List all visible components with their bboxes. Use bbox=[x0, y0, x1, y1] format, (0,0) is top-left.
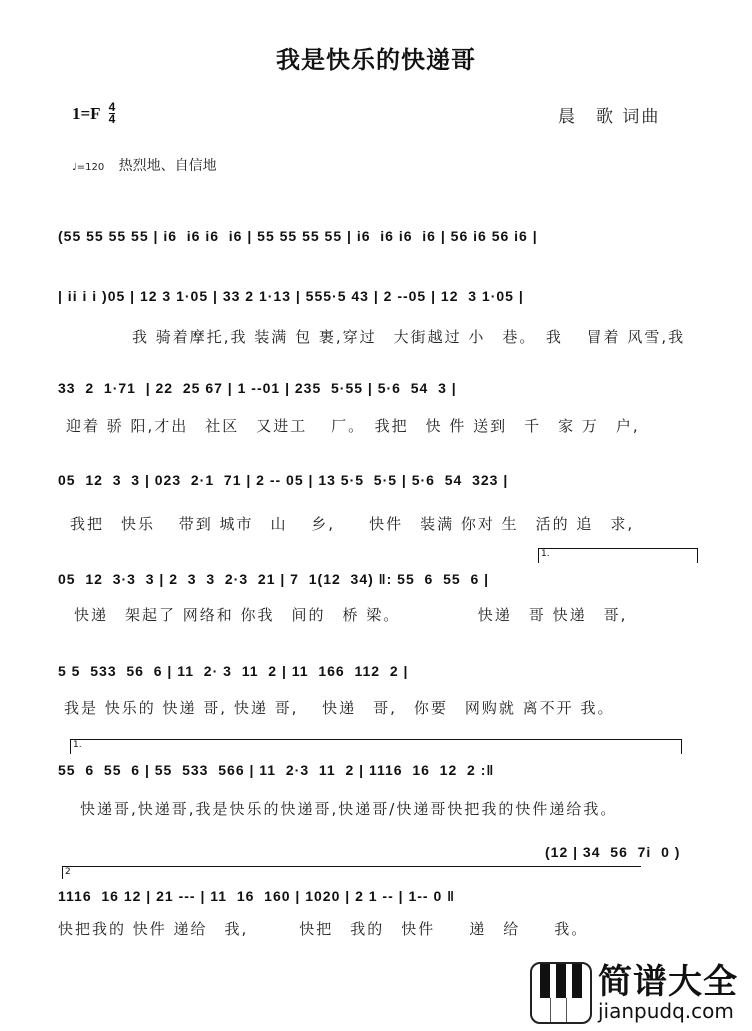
notation-row-7: 55 6 55 6 | 55 533 566 | 11 2·3 11 2 | 1… bbox=[58, 762, 702, 778]
piano-keys-icon bbox=[530, 962, 592, 1024]
notation-row-5: 05 12 3·3 3 | 2 3 3 2·3 21 | 7 1(12 34) … bbox=[58, 571, 702, 587]
lyrics-row-7: 快递哥,快递哥,我是快乐的快递哥,快递哥/快递哥快把我的快件递给我。 bbox=[80, 798, 617, 819]
notation-row-6: 5 5 533 56 6 | 11 2· 3 11 2 | 11 166 112… bbox=[58, 663, 702, 679]
notation-row-3: 33 2 1·71 | 22 25 67 | 1 --01 | 235 5·55… bbox=[58, 380, 702, 396]
time-signature: 4 4 bbox=[109, 102, 116, 125]
lyrics-row-3: 迎着 骄 阳,才出 社区 又进工 厂。 我把 快 件 送到 千 家 万 户, bbox=[66, 415, 640, 436]
tempo-bpm: ♩=120 bbox=[72, 162, 104, 173]
watermark-logo: 简谱大全 jianpudq.com bbox=[530, 962, 738, 1024]
notation-row-1: (55 55 55 55 | i6 i6 i6 i6 | 55 55 55 55… bbox=[58, 228, 702, 244]
watermark-url: jianpudq.com bbox=[598, 1000, 738, 1022]
lyrics-row-8: 快把我的 快件 递给 我, 快把 我的 快件 递 给 我。 bbox=[58, 918, 588, 939]
key-label: 1=F bbox=[72, 104, 101, 124]
coda-intro: (12 | 34 56 7i 0 ) bbox=[545, 844, 680, 860]
lyrics-row-6: 我是 快乐的 快递 哥, 快递 哥, 快递 哥, 你要 网购就 离不开 我。 bbox=[64, 697, 614, 718]
composer-credit: 晨 歌 词曲 bbox=[558, 102, 660, 127]
tempo-marking: ♩=120 热烈地、自信地 bbox=[72, 155, 217, 175]
watermark-cn: 简谱大全 bbox=[598, 964, 738, 1000]
lyrics-row-4: 我把 快乐 带到 城市 山 乡, 快件 装满 你对 生 活的 追 求, bbox=[70, 513, 634, 534]
volta-bracket-1b: 1. bbox=[70, 739, 682, 754]
lyrics-row-2: 我 骑着摩托,我 装满 包 裹,穿过 大街越过 小 巷。 我 冒着 风雪,我 bbox=[132, 326, 685, 347]
notation-row-4: 05 12 3 3 | 023 2·1 71 | 2 -- 05 | 13 5·… bbox=[58, 472, 702, 488]
tempo-expression: 热烈地、自信地 bbox=[119, 158, 217, 174]
volta-bracket-2: 2 bbox=[62, 866, 641, 879]
volta-bracket-1: 1. bbox=[538, 548, 698, 563]
notation-row-8: 1116 16 12 | 21 --- | 11 16 160 | 1020 |… bbox=[58, 888, 702, 904]
lyrics-row-5: 快递 架起了 网络和 你我 间的 桥 梁。 快递 哥 快递 哥, bbox=[74, 604, 627, 625]
notation-row-2: | ii i i )05 | 12 3 1·05 | 33 2 1·13 | 5… bbox=[58, 288, 702, 304]
key-signature: 1=F 4 4 bbox=[72, 102, 115, 125]
song-title: 我是快乐的快递哥 bbox=[0, 40, 752, 75]
